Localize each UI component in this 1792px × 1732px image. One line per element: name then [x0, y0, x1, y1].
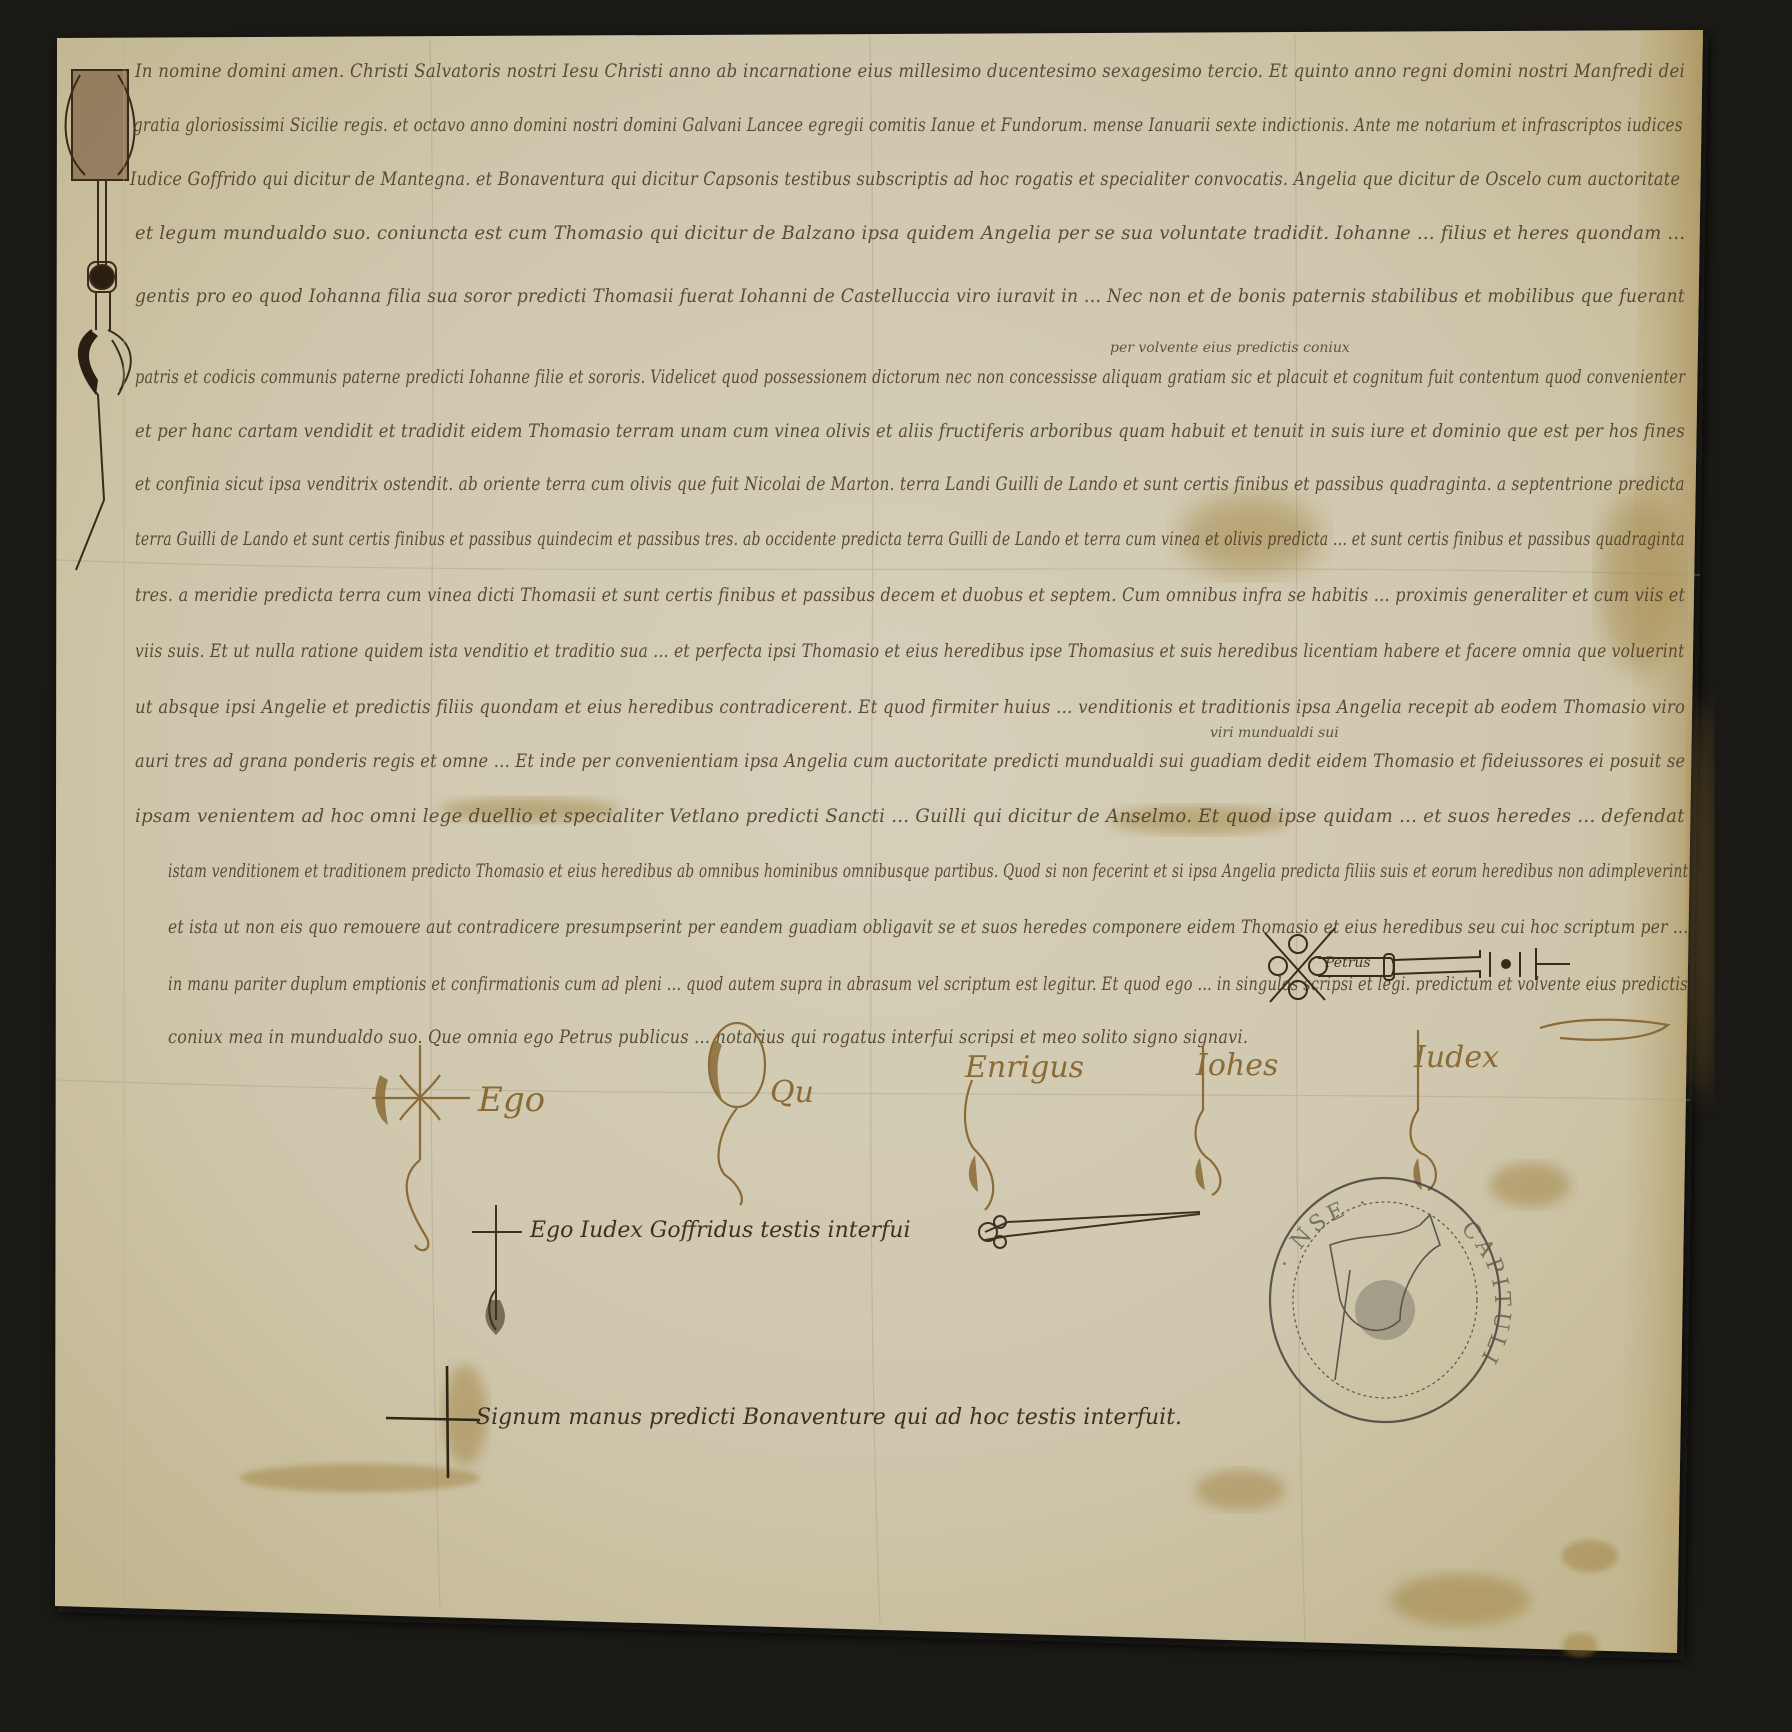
document-viewer: In nomine domini amen. Christi Salvatori…: [0, 0, 1792, 1732]
bonaventura-signum-icon: [0, 0, 1792, 1732]
final-witness-line: Signum manus predicti Bonaventure qui ad…: [476, 1405, 1182, 1430]
